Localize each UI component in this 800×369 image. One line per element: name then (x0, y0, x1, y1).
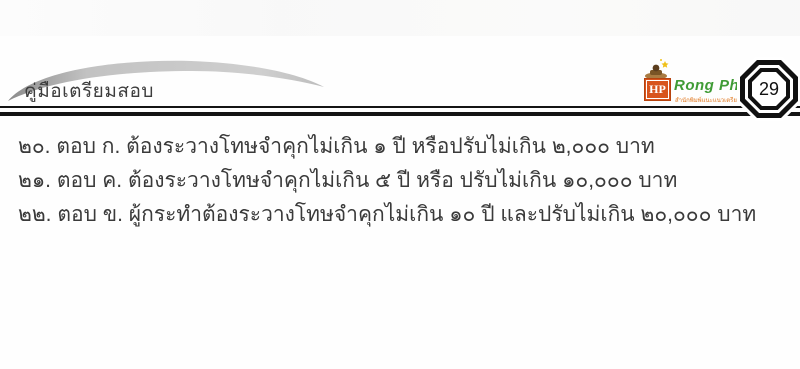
hp-logo-square: HP (644, 78, 671, 101)
scan-artifact-band (0, 0, 800, 36)
answer-line-20: ๒๐. ตอบ ก. ต้องระวางโทษจำคุกไม่เกิน ๑ ปี… (18, 130, 778, 164)
mascot-icon (644, 58, 672, 80)
answers-block: ๒๐. ตอบ ก. ต้องระวางโทษจำคุกไม่เกิน ๑ ปี… (18, 130, 778, 232)
page-badge-center: 29 (752, 72, 786, 106)
hp-logo-text: HP (646, 80, 669, 99)
answer-line-22: ๒๒. ตอบ ข. ผู้กระทำต้องระวางโทษจำคุกไม่เ… (18, 198, 778, 232)
page-number: 29 (759, 79, 779, 100)
answer-line-21: ๒๑. ตอบ ค. ต้องระวางโทษจำคุกไม่เกิน ๕ ปี… (18, 164, 778, 198)
header-rule-thick (0, 112, 800, 116)
publisher-logo: HP Rong Phai สำนักพิมพ์แนะแนวเตรียมสอบ (640, 58, 750, 110)
page-title: คู่มือเตรียมสอบ (24, 76, 154, 106)
document-page: คู่มือเตรียมสอบ HP Rong Phai สำนักพิมพ์แ… (0, 0, 800, 369)
